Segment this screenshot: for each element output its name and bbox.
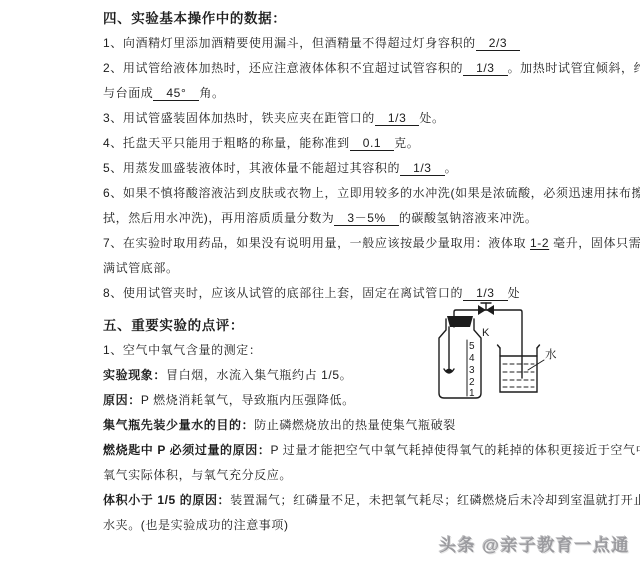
- fill-in-value: 1/3: [463, 61, 507, 76]
- text-segment: 3、用试管盛装固体加热时，铁夹应夹在距管口的: [103, 111, 375, 125]
- text-segment: P 过量才能把空气中氧气耗掉使得氧气的耗掉的体积更接近于空气中: [270, 443, 640, 457]
- document-page: 四、实验基本操作中的数据：1、向酒精灯里添加酒精要使用漏斗，但酒精量不得超过灯身…: [0, 0, 640, 562]
- text-line: 氧气实际体积，与氧气充分反应。: [103, 463, 637, 488]
- svg-text:5: 5: [469, 341, 475, 352]
- text-line: 4、托盘天平只能用于粗略的称量，能称准到0.1克。: [103, 131, 637, 156]
- text-segment: 2、用试管给液体加热时，还应注意液体体积不宜超过试管容积的: [103, 61, 463, 75]
- text-segment: 五、重要实验的点评：: [103, 318, 244, 333]
- text-segment: 体积小于 1/5 的原因：: [103, 493, 230, 507]
- text-segment: 5、用蒸发皿盛装液体时，其液体量不能超过其容积的: [103, 161, 400, 175]
- text-segment: 。加热时试管宜倾斜，约: [508, 61, 640, 75]
- text-segment: 1、空气中氧气含量的测定：: [103, 343, 261, 357]
- svg-text:2: 2: [469, 377, 475, 388]
- text-segment: 毫升，固体只需盖: [549, 236, 640, 250]
- text-segment: P 燃烧消耗氧气，导致瓶内压强降低。: [141, 393, 355, 407]
- text-segment: 角。: [199, 86, 224, 100]
- fill-in-value: 0.1: [350, 136, 394, 151]
- text-line: 集气瓶先装少量水的目的：防止磷燃烧放出的热量使集气瓶破裂: [103, 413, 637, 438]
- text-segment: 满试管底部。: [103, 261, 179, 275]
- text-segment: 实验现象：: [103, 368, 166, 382]
- burning-spoon: [444, 327, 454, 373]
- svg-text:3: 3: [469, 365, 475, 376]
- text-segment: 。: [445, 161, 458, 175]
- svg-text:4: 4: [469, 353, 475, 364]
- text-line: 燃烧匙中 P 必须过量的原因：P 过量才能把空气中氧气耗掉使得氧气的耗掉的体积更…: [103, 438, 637, 463]
- text-segment: 装置漏气；红磷量不足，未把氧气耗尽；红磷燃烧后未冷却到室温就打开止: [230, 493, 640, 507]
- text-segment: 7、在实验时取用药品，如果没有说明用量，一般应该按最少量取用：液体取: [103, 236, 530, 250]
- text-line: 满试管底部。: [103, 256, 637, 281]
- fill-in-value: 1/3: [463, 286, 507, 301]
- text-segment: 6、如果不慎将酸溶液沾到皮肤或衣物上，立即用较多的水冲洗(如果是浓硫酸，必须迅速…: [103, 186, 640, 200]
- fill-in-value: 2/3: [476, 36, 520, 51]
- text-segment: 氧气实际体积，与氧气充分反应。: [103, 468, 292, 482]
- text-segment: 拭，然后用水冲洗)，再用溶质质量分数为: [103, 211, 334, 225]
- fill-in-value: 3－5%: [334, 211, 398, 226]
- text-line: 体积小于 1/5 的原因：装置漏气；红磷量不足，未把氧气耗尽；红磷燃烧后未冷却到…: [103, 488, 637, 513]
- document-lines: 四、实验基本操作中的数据：1、向酒精灯里添加酒精要使用漏斗，但酒精量不得超过灯身…: [103, 6, 637, 538]
- text-segment: 水夹。(也是实验成功的注意事项): [103, 518, 289, 532]
- gas-bottle: [439, 319, 481, 398]
- fill-in-value: 1/3: [375, 111, 419, 126]
- svg-text:1: 1: [469, 388, 475, 399]
- experiment-diagram: K 5 4 3 2 1 水: [424, 302, 594, 406]
- text-segment: 8、使用试管夹时，应该从试管的底部往上套，固定在离试管口的: [103, 286, 463, 300]
- text-segment: 防止磷燃烧放出的热量使集气瓶破裂: [254, 418, 456, 432]
- water-pointer-line: [528, 360, 544, 370]
- water-label: 水: [545, 347, 557, 361]
- text-line: 与台面成45°角。: [103, 81, 637, 106]
- section-heading: 四、实验基本操作中的数据：: [103, 6, 637, 31]
- text-segment: 克。: [394, 136, 419, 150]
- text-line: 6、如果不慎将酸溶液沾到皮肤或衣物上，立即用较多的水冲洗(如果是浓硫酸，必须迅速…: [103, 181, 637, 206]
- text-segment: 集气瓶先装少量水的目的：: [103, 418, 254, 432]
- text-segment: 燃烧匙中 P 必须过量的原因：: [103, 443, 270, 457]
- text-line: 7、在实验时取用药品，如果没有说明用量，一般应该按最少量取用：液体取 1-2 毫…: [103, 231, 637, 256]
- text-line: 2、用试管给液体加热时，还应注意液体体积不宜超过试管容积的1/3。加热时试管宜倾…: [103, 56, 637, 81]
- valve-k-label: K: [482, 327, 490, 339]
- text-segment: 1、向酒精灯里添加酒精要使用漏斗，但酒精量不得超过灯身容积的: [103, 36, 476, 50]
- text-segment: 处: [508, 286, 521, 300]
- text-line: 5、用蒸发皿盛装液体时，其液体量不能超过其容积的1/3。: [103, 156, 637, 181]
- text-line: 3、用试管盛装固体加热时，铁夹应夹在距管口的1/3处。: [103, 106, 637, 131]
- fill-in-value: 1-2: [530, 236, 549, 250]
- text-line: 1、向酒精灯里添加酒精要使用漏斗，但酒精量不得超过灯身容积的2/3: [103, 31, 637, 56]
- text-line: 拭，然后用水冲洗)，再用溶质质量分数为3－5%的碳酸氢钠溶液来冲洗。: [103, 206, 637, 231]
- watermark: 头条 @亲子教育一点通: [439, 531, 630, 556]
- text-segment: 的碳酸氢钠溶液来冲洗。: [399, 211, 538, 225]
- fill-in-value: 1/3: [400, 161, 444, 176]
- text-segment: 4、托盘天平只能用于粗略的称量，能称准到: [103, 136, 350, 150]
- text-segment: 处。: [419, 111, 444, 125]
- fill-in-value: 45°: [153, 86, 199, 101]
- beaker: [498, 345, 540, 392]
- bottle-scale: 5 4 3 2 1: [467, 340, 475, 399]
- valve-icon: [478, 303, 494, 315]
- text-segment: 与台面成: [103, 86, 153, 100]
- text-segment: 原因：: [103, 393, 141, 407]
- text-segment: 四、实验基本操作中的数据：: [103, 11, 286, 26]
- text-segment: 冒白烟，水流入集气瓶约占 1/5。: [166, 368, 352, 382]
- stopper: [447, 316, 473, 327]
